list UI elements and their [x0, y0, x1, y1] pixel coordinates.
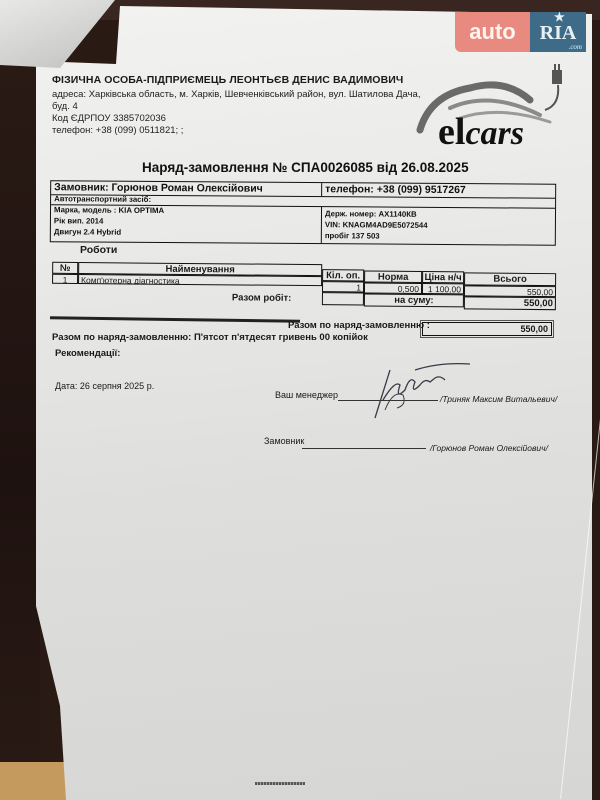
- works-table: № Найменування 1 Комп'ютерна діагностика…: [52, 262, 558, 318]
- issuer-address-2: буд. 4: [52, 101, 78, 112]
- background-table: [0, 0, 40, 800]
- col-header-qty: Кіл. оп.: [322, 269, 364, 281]
- autoria-auto-label: auto: [455, 12, 530, 52]
- autoria-watermark: auto ★ RIA .com: [455, 12, 586, 52]
- subtotal-label: Разом робіт:: [232, 292, 291, 304]
- issuer-phone: телефон: +38 (099) 0511821; ;: [52, 125, 183, 136]
- customer-signature-line: [302, 448, 426, 449]
- col-header-price: Ціна н/ч: [422, 271, 464, 283]
- row-price: 1 100,00: [422, 283, 464, 294]
- col-header-total: Всього: [464, 272, 556, 286]
- logo-el: el: [438, 111, 465, 153]
- vehicle-engine: Двигун 2.4 Hybrid: [54, 227, 121, 236]
- customer-name: Замовник: Горюнов Роман Олексійович: [54, 181, 263, 194]
- sum-label: на суму:: [364, 294, 464, 308]
- customer-signature-label: Замовник: [264, 436, 304, 446]
- customer-phone: телефон: +38 (099) 9517267: [325, 183, 466, 196]
- handwritten-signature-icon: [355, 360, 475, 420]
- order-total-label: Разом по наряд-замовленню :: [288, 320, 430, 331]
- subtotal-empty: [322, 292, 364, 305]
- col-header-no: №: [52, 262, 78, 274]
- vehicle-vin: VIN: KNAGM4AD9E5072544: [325, 220, 428, 230]
- autoria-ria-label: ★ RIA .com: [530, 12, 586, 52]
- vehicle-year: Рік вип. 2014: [54, 216, 103, 225]
- ria-suffix: .com: [569, 43, 582, 51]
- row-no: 1: [52, 274, 78, 284]
- footer-print-mark: [255, 782, 305, 785]
- issuer-name: ФІЗИЧНА ОСОБА-ПІДПРИЄМЕЦЬ ЛЕОНТЬЄВ ДЕНИС…: [52, 74, 403, 86]
- issuer-edrpou: Код ЄДРПОУ 3385702036: [52, 113, 166, 124]
- row-name: Комп'ютерна діагностика: [78, 274, 322, 286]
- document-date: Дата: 26 серпня 2025 р.: [55, 381, 154, 391]
- vehicle-make-model: Марка, модель : KIA OPTIMA: [54, 205, 164, 215]
- background-wood: [0, 762, 70, 800]
- row-qty: 1: [322, 281, 364, 292]
- order-total-value: 550,00: [422, 322, 552, 336]
- vehicle-mileage: пробіг 137 503: [325, 231, 380, 240]
- recommendations-label: Рекомендації:: [55, 348, 120, 359]
- ria-text: RIA: [530, 22, 586, 45]
- order-total-in-words: Разом по наряд-замовленню: П'ятсот п'ятд…: [52, 332, 368, 343]
- sum-value: 550,00: [464, 296, 556, 310]
- vehicle-label: Автотранспортний засіб:: [54, 194, 151, 204]
- customer-box: Замовник: Горюнов Роман Олексійович теле…: [50, 180, 556, 246]
- issuer-address: адреса: Харківська область, м. Харків, Ш…: [52, 89, 420, 100]
- vehicle-plate: Держ. номер: АХ1140КВ: [325, 209, 417, 219]
- works-section-title: Роботи: [80, 244, 117, 256]
- row-norm: 0,500: [364, 283, 422, 295]
- manager-label: Ваш менеджер: [275, 390, 338, 400]
- row-total: 550,00: [464, 285, 556, 297]
- customer-signature-name: /Горюнов Роман Олексійович/: [430, 443, 548, 453]
- logo-cars: cars: [465, 115, 524, 152]
- col-header-norm: Норма: [364, 271, 422, 284]
- elcars-logo: elcars: [438, 110, 524, 154]
- document-title: Наряд-замовлення № СПА0026085 від 26.08.…: [142, 160, 469, 175]
